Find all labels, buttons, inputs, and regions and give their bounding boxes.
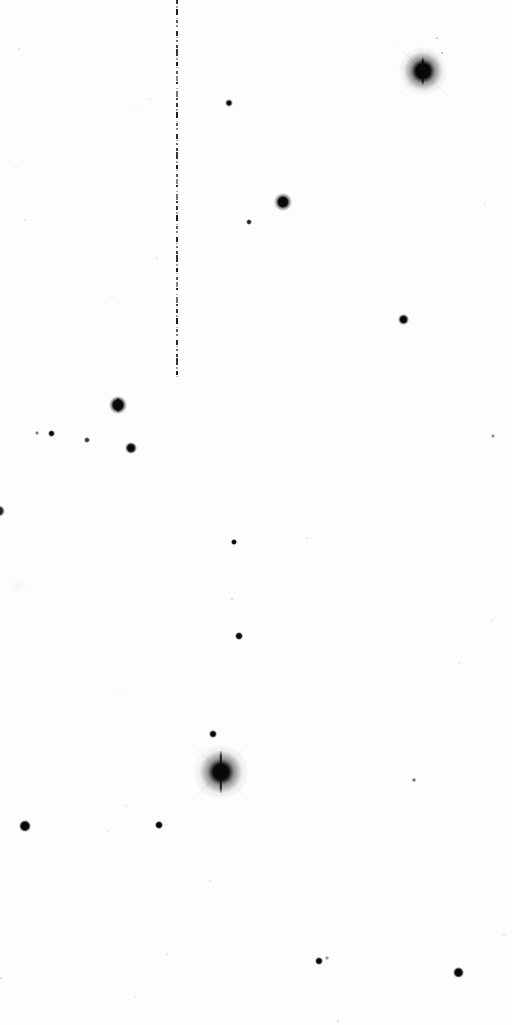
noise-speck [149, 98, 151, 100]
ccd-artifact-line-segment [176, 98, 178, 100]
faint-smudge [487, 615, 497, 624]
ccd-artifact-line-segment [176, 346, 178, 347]
noise-speck [18, 48, 20, 50]
ccd-artifact-line-segment [176, 371, 178, 375]
ccd-artifact-line-segment [176, 112, 178, 118]
star [246, 219, 252, 225]
star [398, 314, 409, 325]
ccd-artifact-line-segment [176, 0, 178, 4]
ccd-artifact-line-segment [176, 31, 178, 36]
ccd-artifact-line-segment [176, 237, 178, 242]
ccd-artifact-line-segment [176, 318, 178, 324]
noise-speck [484, 203, 486, 205]
ccd-artifact-line-segment [176, 45, 178, 48]
star [0, 505, 5, 517]
noise-speck [458, 662, 460, 664]
ccd-artifact-line-segment [176, 161, 178, 163]
ccd-artifact-line-segment [176, 18, 178, 19]
ccd-artifact-line-segment [176, 334, 178, 336]
ccd-artifact-line-segment [176, 277, 178, 280]
star [109, 396, 127, 414]
ccd-artifact-line-segment [176, 143, 178, 145]
ccd-artifact-line-segment [176, 20, 178, 23]
noise-speck [166, 953, 168, 955]
ccd-artifact-line-segment [176, 148, 178, 151]
ccd-artifact-line-segment [176, 123, 178, 126]
ccd-artifact-line-segment [176, 206, 178, 210]
ccd-artifact-line-segment [176, 140, 178, 141]
ccd-artifact-line-segment [176, 76, 178, 81]
ccd-artifact-line-segment [176, 327, 178, 328]
ccd-artifact-line-segment [176, 304, 178, 306]
star [231, 539, 237, 545]
star [225, 99, 233, 107]
noise-speck [15, 166, 17, 168]
star [235, 632, 243, 640]
ccd-artifact-line-segment [176, 174, 178, 177]
ccd-artifact-line-segment [176, 354, 178, 357]
ccd-artifact-line-segment [176, 134, 178, 139]
ccd-artifact-line-segment [176, 9, 178, 15]
ccd-artifact-line-segment [176, 329, 178, 332]
noise-speck [436, 37, 438, 39]
noise-speck [306, 537, 308, 539]
ccd-artifact-line-segment [176, 25, 178, 27]
ccd-artifact-line-segment [176, 62, 178, 66]
ccd-artifact-line-segment [176, 251, 178, 254]
ccd-artifact-line-segment [176, 109, 178, 111]
star [209, 730, 216, 737]
ccd-artifact-line-segment [176, 224, 178, 225]
noise-speck [337, 1020, 339, 1022]
star [399, 47, 447, 95]
ccd-artifact-line-segment [176, 82, 178, 84]
noise-speck [231, 598, 233, 600]
noise-speck [0, 977, 2, 979]
ccd-artifact-line-segment [176, 231, 178, 233]
ccd-artifact-line-segment [176, 226, 178, 229]
noise-speck [503, 934, 505, 936]
noise-speck [441, 52, 443, 54]
ccd-artifact-line-segment [176, 191, 178, 192]
star [194, 745, 248, 799]
star [325, 956, 328, 959]
ccd-artifact-line-segment [176, 40, 178, 42]
ccd-artifact-line-segment [176, 255, 178, 262]
ccd-artifact-line-segment [176, 212, 178, 214]
noise-speck [156, 257, 158, 259]
ccd-artifact-line-segment [176, 340, 178, 345]
ccd-artifact-line-segment [176, 194, 178, 200]
ccd-artifact-line-segment [176, 88, 178, 89]
star [453, 967, 464, 978]
ccd-artifact-line-segment [176, 67, 178, 68]
star [35, 431, 39, 435]
ccd-artifact-line-segment [176, 309, 178, 313]
ccd-artifact-line-segment [176, 246, 178, 248]
ccd-artifact-line-segment [176, 6, 178, 8]
star [155, 821, 163, 829]
star [125, 442, 137, 454]
ccd-artifact-line-segment [176, 376, 178, 377]
star [48, 430, 55, 437]
ccd-artifact-line-segment [176, 71, 178, 74]
ccd-artifact-line-segment [176, 170, 178, 171]
ccd-artifact-line-segment [176, 264, 178, 266]
ccd-artifact-line-segment [176, 201, 178, 203]
diffraction-spike-vertical [117, 398, 119, 413]
ccd-artifact-line-segment [176, 152, 178, 159]
noise-speck [107, 830, 109, 832]
noise-speck [24, 219, 26, 221]
noise-speck [119, 693, 121, 695]
ccd-artifact-line-segment [176, 128, 178, 130]
ccd-artifact-line-segment [176, 215, 178, 221]
ccd-artifact-line-segment [176, 367, 178, 369]
ccd-artifact-line-segment [176, 315, 178, 317]
ccd-artifact-line-segment [176, 349, 178, 351]
star [19, 820, 31, 832]
faint-smudge [11, 579, 27, 593]
ccd-artifact-line-segment [176, 294, 178, 295]
ccd-artifact-line-segment [176, 358, 178, 365]
noise-speck [209, 880, 211, 882]
ccd-artifact-line-segment [176, 37, 178, 38]
star [84, 437, 90, 443]
ccd-artifact-line-segment [176, 179, 178, 184]
ccd-artifact-line-segment [176, 288, 178, 290]
noise-speck [125, 805, 127, 807]
star [491, 434, 496, 439]
ccd-artifact-line-segment [176, 121, 178, 122]
star [315, 957, 323, 965]
noise-speck [111, 296, 113, 298]
noise-speck [134, 996, 136, 998]
starfield-image [0, 0, 512, 1025]
ccd-artifact-line-segment [176, 243, 178, 244]
noise-speck [135, 109, 137, 111]
ccd-artifact-line-segment [176, 273, 178, 274]
ccd-artifact-line-segment [176, 58, 178, 60]
star [412, 778, 416, 782]
ccd-artifact-line-segment [176, 91, 178, 97]
star [274, 193, 292, 211]
ccd-artifact-line-segment [176, 165, 178, 169]
ccd-artifact-line-segment [176, 103, 178, 107]
ccd-artifact-line-segment [176, 49, 178, 56]
ccd-artifact-line-segment [176, 282, 178, 287]
ccd-artifact-line-segment [176, 268, 178, 272]
ccd-artifact-line-segment [176, 297, 178, 303]
ccd-artifact-line-segment [176, 185, 178, 187]
